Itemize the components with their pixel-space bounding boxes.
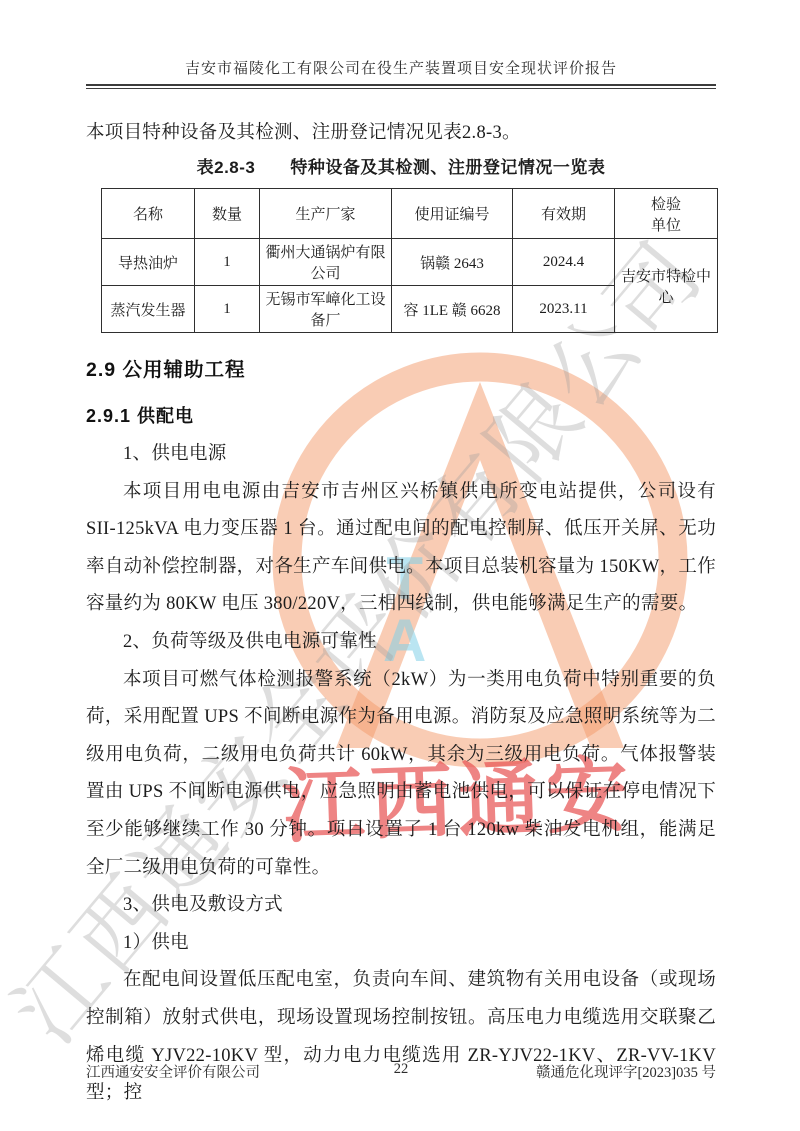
cell-name: 导热油炉 (102, 239, 195, 286)
paragraph-power-source: 本项目用电电源由吉安市吉州区兴桥镇供电所变电站提供，公司设有 SII-125kV… (86, 474, 716, 624)
body-text-block: 1、供电电源 本项目用电电源由吉安市吉州区兴桥镇供电所变电站提供，公司设有 SI… (86, 436, 716, 1113)
table-row: 导热油炉 1 衢州大通锅炉有限公司 锅赣 2643 2024.4 吉安市特检中心 (102, 239, 718, 286)
page-content: 吉安市福陵化工有限公司在役生产装置项目安全现状评价报告 本项目特种设备及其检测、… (0, 0, 800, 1131)
sub-item-3-1-label: 1）供电 (86, 925, 716, 963)
cell-manufacturer: 无锡市军嶂化工设备厂 (260, 286, 392, 333)
cell-license-no: 容 1LE 赣 6628 (392, 286, 513, 333)
col-header-manufacturer: 生产厂家 (260, 189, 392, 239)
special-equipment-table: 名称 数量 生产厂家 使用证编号 有效期 检验 单位 导热油炉 1 衢州大通锅炉… (101, 188, 718, 333)
cell-validity: 2023.11 (513, 286, 615, 333)
intro-paragraph: 本项目特种设备及其检测、注册登记情况见表2.8-3。 (86, 118, 716, 144)
cell-license-no: 锅赣 2643 (392, 239, 513, 286)
col-header-license-no: 使用证编号 (392, 189, 513, 239)
table-caption: 表2.8-3 特种设备及其检测、注册登记情况一览表 (86, 153, 716, 178)
report-header-title: 吉安市福陵化工有限公司在役生产装置项目安全现状评价报告 (86, 57, 716, 78)
page-footer: 江西通安安全评价有限公司 22 赣通危化现评字[2023]035 号 (86, 1061, 716, 1081)
cell-quantity: 1 (195, 286, 260, 333)
paragraph-distribution: 在配电间设置低压配电室，负责向车间、建筑物有关用电设备（或现场控制箱）放射式供电… (86, 962, 716, 1112)
sub-item-2-label: 2、负荷等级及供电电源可靠性 (86, 624, 716, 662)
cell-name: 蒸汽发生器 (102, 286, 195, 333)
col-header-quantity: 数量 (195, 189, 260, 239)
section-heading-2-9: 2.9 公用辅助工程 (86, 354, 716, 382)
cell-validity: 2024.4 (513, 239, 615, 286)
table-header-row: 名称 数量 生产厂家 使用证编号 有效期 检验 单位 (102, 189, 718, 239)
header-rule (86, 84, 716, 89)
footer-doc-number: 赣通危化现评字[2023]035 号 (536, 1061, 716, 1082)
col-header-name: 名称 (102, 189, 195, 239)
section-heading-2-9-1: 2.9.1 供配电 (86, 402, 716, 428)
sub-item-1-label: 1、供电电源 (86, 436, 716, 474)
col-header-inspection-unit: 检验 单位 (615, 189, 718, 239)
col-header-validity: 有效期 (513, 189, 615, 239)
cell-quantity: 1 (195, 239, 260, 286)
cell-manufacturer: 衢州大通锅炉有限公司 (260, 239, 392, 286)
paragraph-load-levels: 本项目可燃气体检测报警系统（2kW）为一类用电负荷中特别重要的负荷，采用配置 U… (86, 662, 716, 888)
sub-item-3-label: 3、供电及敷设方式 (86, 887, 716, 925)
cell-inspection-unit-merged: 吉安市特检中心 (615, 239, 718, 333)
